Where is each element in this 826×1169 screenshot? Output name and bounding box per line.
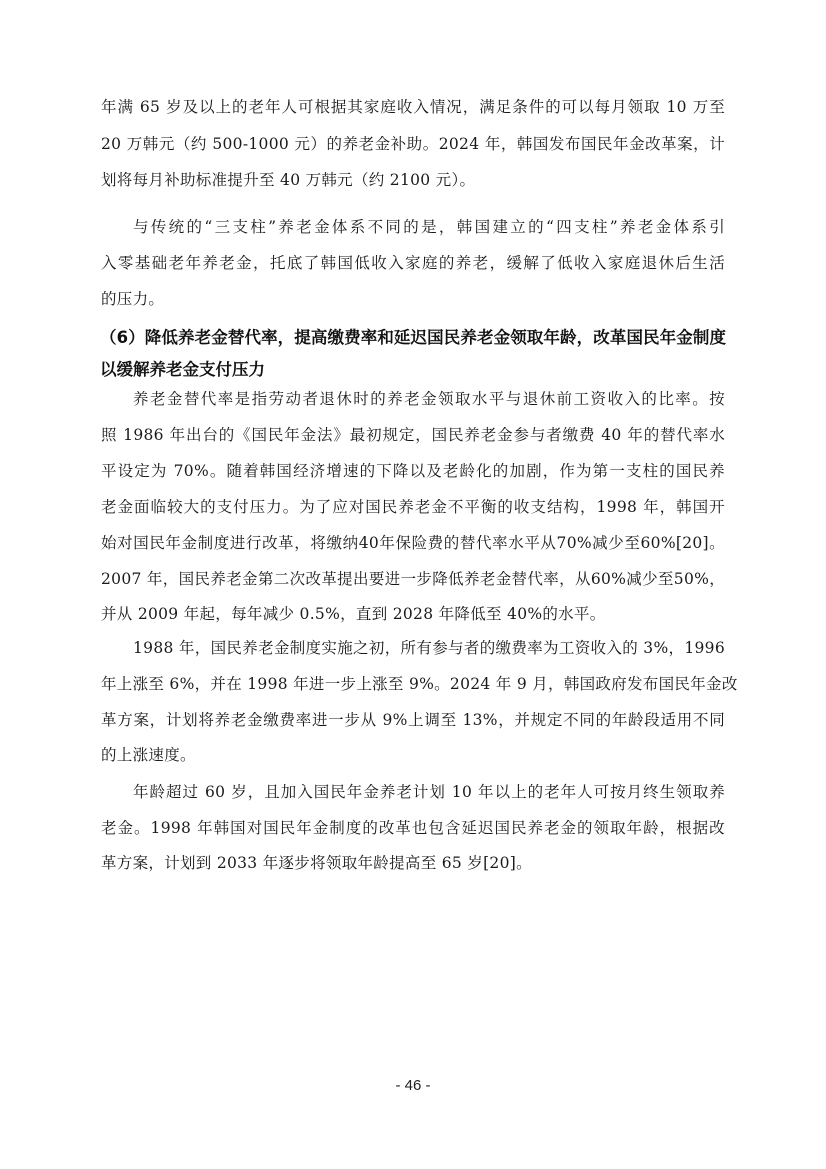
text-line: 始对国民年金制度进行改革，将缴纳40年保险费的替代率水平从70%减少至60%[2…: [101, 531, 725, 555]
text-line: 年龄超过 60 岁，且加入国民年金养老计划 10 年以上的老年人可按月终生领取养: [133, 780, 725, 804]
text-line: 的上涨速度。: [101, 743, 725, 767]
document-page: 年满 65 岁及以上的老年人可根据其家庭收入情况，满足条件的可以每月领取 10 …: [0, 0, 826, 1169]
text-line: 照 1986 年出台的《国民年金法》最初规定，国民养老金参与者缴费 40 年的替…: [101, 423, 725, 447]
text-line: 1988 年，国民养老金制度实施之初，所有参与者的缴费率为工资收入的 3%，19…: [133, 636, 725, 660]
text-line: 20 万韩元（约 500-1000 元）的养老金补助。2024 年，韩国发布国民…: [101, 132, 725, 156]
text-line: 与传统的“三支柱”养老金体系不同的是，韩国建立的“四支柱”养老金体系引: [133, 215, 725, 239]
text-line: 2007 年，国民养老金第二次改革提出要进一步降低养老金替代率，从60%减少至5…: [101, 567, 725, 591]
text-line: 革方案，计划将养老金缴费率进一步从 9%上调至 13%，并规定不同的年龄段适用不…: [101, 708, 725, 732]
text-line: 年上涨至 6%，并在 1998 年进一步上涨至 9%。2024 年 9 月，韩国…: [101, 672, 725, 696]
text-line: 革方案，计划到 2033 年逐步将领取年龄提高至 65 岁[20]。: [101, 851, 725, 875]
text-line: 老金面临较大的支付压力。为了应对国民养老金不平衡的收支结构，1998 年，韩国开: [101, 495, 725, 519]
heading-line: （6）降低养老金替代率，提高缴费率和延迟国民养老金领取年龄，改革国民年金制度: [100, 325, 726, 351]
text-line: 入零基础老年养老金，托底了韩国低收入家庭的养老，缓解了低收入家庭退休后生活: [101, 251, 725, 275]
text-line: 老金。1998 年韩国对国民年金制度的改革也包含延迟国民养老金的领取年龄，根据改: [101, 816, 725, 840]
heading-line: 以缓解养老金支付压力: [100, 357, 726, 383]
page-number: - 46 -: [0, 1077, 826, 1094]
text-line: 平设定为 70%。随着韩国经济增速的下降以及老龄化的加剧，作为第一支柱的国民养: [101, 459, 725, 483]
text-line: 的压力。: [101, 287, 725, 311]
text-line: 并从 2009 年起，每年减少 0.5%，直到 2028 年降低至 40%的水平…: [101, 602, 725, 626]
text-line: 养老金替代率是指劳动者退休时的养老金领取水平与退休前工资收入的比率。按: [133, 387, 725, 411]
text-line: 年满 65 岁及以上的老年人可根据其家庭收入情况，满足条件的可以每月领取 10 …: [101, 95, 725, 119]
text-line: 划将每月补助标准提升至 40 万韩元（约 2100 元）。: [101, 168, 725, 192]
